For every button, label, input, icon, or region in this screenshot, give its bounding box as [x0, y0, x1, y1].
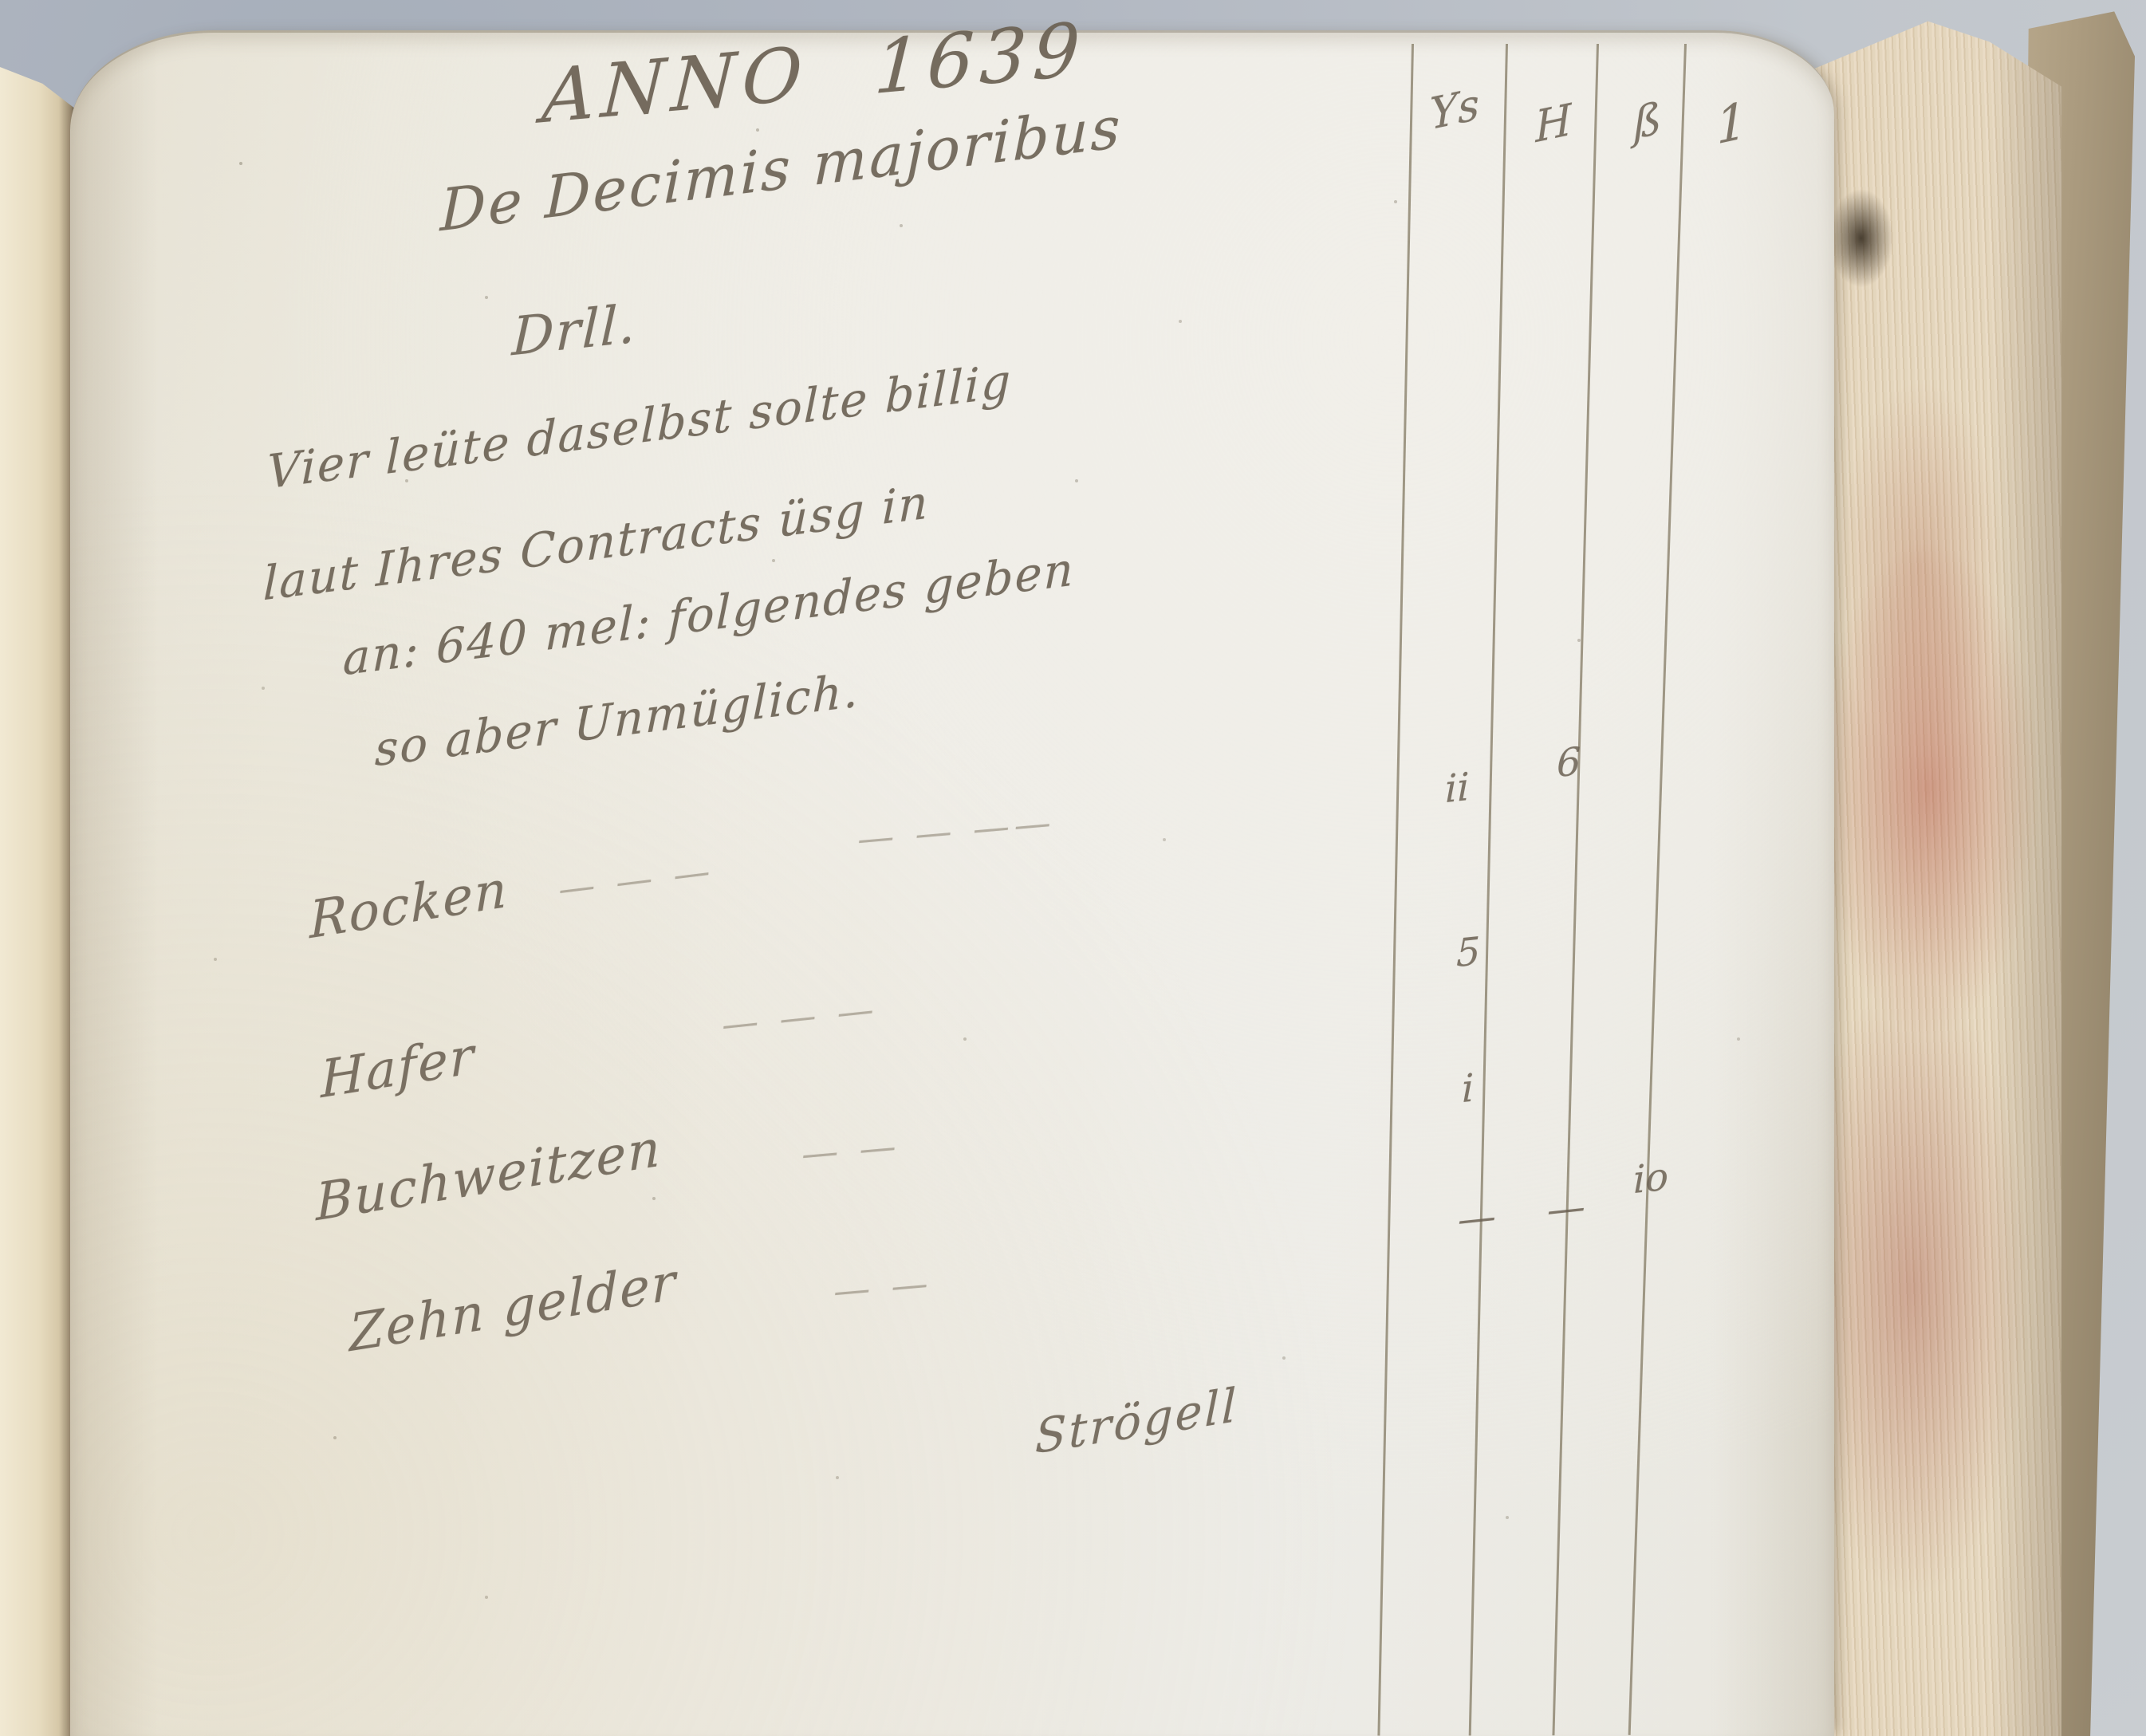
entry-value: io	[1633, 1154, 1668, 1203]
manuscript-page	[70, 30, 1834, 1736]
entry-value: —	[1458, 1194, 1496, 1242]
column-header: Ys	[1429, 78, 1480, 140]
leader-dashes: — —	[832, 1261, 935, 1313]
entry-value: 6	[1557, 739, 1581, 787]
entry-value: i	[1462, 1065, 1474, 1112]
leader-dashes: — —	[800, 1124, 903, 1175]
column-header: ß	[1632, 93, 1663, 149]
manuscript-photo: ANNO 1639 De Decimis majoribus Drll. Vie…	[0, 0, 2146, 1736]
book-fore-edge	[1805, 14, 2061, 1736]
entry-value: ii	[1445, 765, 1470, 813]
entry-value: —	[1547, 1184, 1585, 1233]
paper-speckles	[70, 33, 73, 36]
entry-value: 5	[1456, 929, 1480, 977]
column-header: H	[1534, 94, 1573, 153]
left-page-edge	[0, 67, 77, 1736]
column-header: 1	[1715, 90, 1748, 155]
